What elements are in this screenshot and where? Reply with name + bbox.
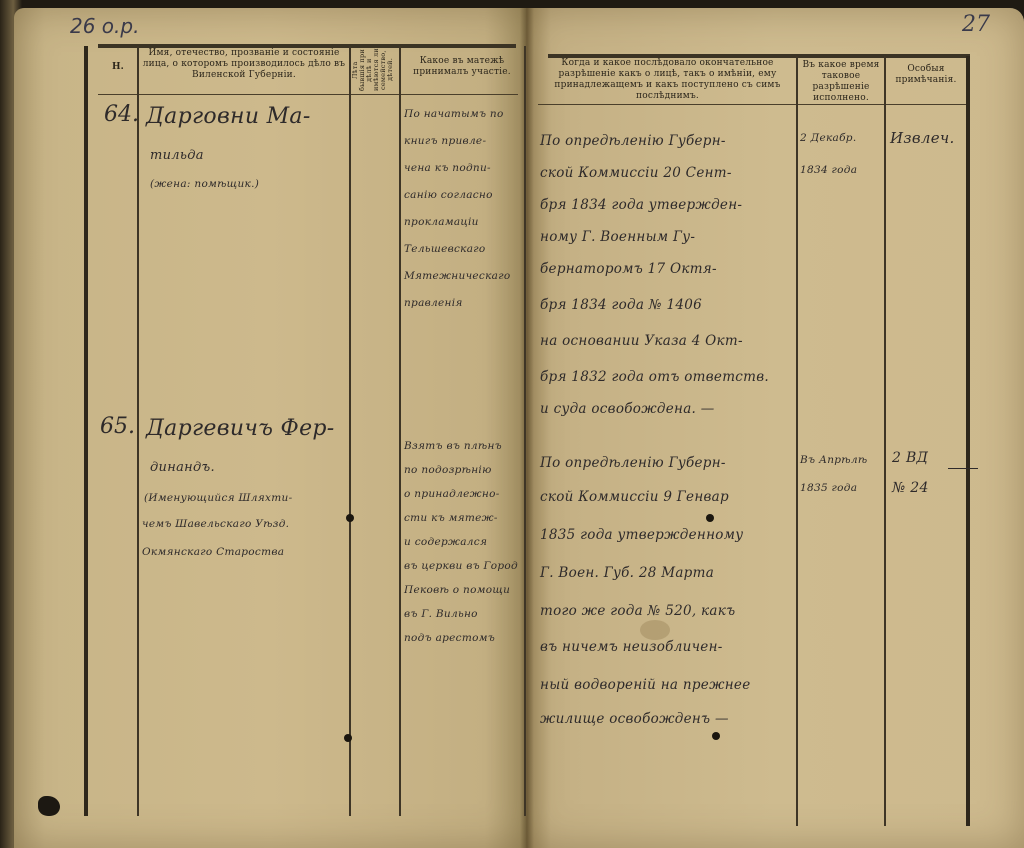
entry-role-line: книгъ привле-: [404, 127, 486, 156]
header-executed: Въ какое время таковое разрѣшенiе исполн…: [798, 60, 884, 104]
ink-blot: [38, 796, 60, 816]
entry-role-line: Тельшевскаго: [404, 235, 486, 264]
col-divider-resolution: [796, 56, 798, 826]
entry-resolution-line: бря 1832 года отъ ответств.: [540, 362, 769, 393]
entry-resolution-line: ный водворенiй на прежнее: [540, 670, 751, 701]
entry-number: 65.: [100, 414, 135, 439]
entry-role-line: Мятежническаго: [404, 262, 510, 291]
paper-stain: [640, 620, 670, 640]
entry-name-line: (жена: помѣщик.): [150, 170, 259, 199]
right-outer-border: [966, 56, 970, 826]
entry-executed-line: 1834 года: [800, 156, 857, 185]
entry-executed-line: 2 Декабр.: [800, 124, 856, 153]
entry-name-line: Даргевичъ Фер-: [146, 416, 335, 442]
entry-resolution-line: жилище освобожденъ —: [540, 704, 729, 735]
entry-name-line: Окмянскаго Староства: [142, 538, 284, 567]
header-notes: Особыя примѣчанiя.: [888, 64, 964, 86]
header-number: Н.: [100, 62, 136, 73]
entry-number: 64.: [104, 102, 139, 127]
entry-resolution-line: бря 1834 года утвержден-: [540, 190, 742, 221]
entry-resolution-line: ному Г. Военным Гу-: [540, 222, 695, 253]
entry-resolution-line: ской Коммиссiи 9 Генвар: [540, 482, 729, 513]
entry-resolution-line: По опредѣленiю Губерн-: [540, 448, 726, 479]
entry-name-line: (Именующийся Шляхти-: [144, 484, 292, 513]
entry-resolution-line: въ ничемъ неизобличен-: [540, 632, 723, 663]
entry-notes-line: 2 ВД: [892, 444, 928, 472]
binding-hole: [712, 732, 720, 740]
entry-resolution-line: Г. Воен. Губ. 28 Марта: [540, 558, 714, 589]
header-age: Лѣта бывшiя при дѣлѣ и имѣются ли семейс…: [352, 47, 396, 93]
entry-role-line: правленiя: [404, 289, 463, 318]
entry-notes-line: Извлеч.: [890, 124, 955, 152]
entry-resolution-line: бря 1834 года № 1406: [540, 290, 702, 321]
entry-resolution-line: того же года № 520, какъ: [540, 596, 735, 627]
entry-resolution-line: 1835 года утвержденному: [540, 520, 743, 551]
entry-resolution-line: на основании Указа 4 Окт-: [540, 326, 743, 357]
binding-hole: [706, 514, 714, 522]
entry-executed-line: Въ Апрѣлѣ: [800, 446, 867, 475]
col-divider-name: [349, 46, 351, 816]
entry-resolution-line: и суда освобождена. —: [540, 394, 715, 425]
right-header-rule: [538, 104, 970, 105]
entry-resolution-line: ской Коммиссiи 20 Сент-: [540, 158, 732, 189]
document-spread: 26 о.р. 27 Н. Имя, отечество, прозванiе …: [0, 0, 1024, 848]
page-gutter: [520, 8, 534, 848]
page-marker-left: 26 о.р.: [70, 14, 139, 38]
left-outer-border: [84, 46, 88, 816]
header-resolution: Когда и какое послѣдовало окончательное …: [540, 58, 795, 102]
entry-resolution-line: По опредѣленiю Губерн-: [540, 126, 726, 157]
entry-name-line: тильда: [150, 142, 204, 170]
entry-role-line: чена къ подпи-: [404, 154, 491, 183]
col-divider-executed: [884, 56, 886, 826]
entry-notes-line: № 24: [892, 474, 929, 502]
header-role: Какое въ матежѣ принималъ участiе.: [402, 56, 522, 78]
entry-role-line: По начатымъ по: [404, 100, 504, 129]
header-name: Имя, отечество, прозванiе и состоянiе ли…: [140, 48, 348, 81]
entry-role-line: санiю согласно: [404, 181, 493, 210]
entry-resolution-line: бернаторомъ 17 Октя-: [540, 254, 717, 285]
entry-executed-line: 1835 года: [800, 474, 857, 503]
notes-dash: [948, 468, 978, 469]
entry-name-line: чемъ Шавельскаго Уѣзд.: [142, 510, 289, 539]
entry-name-line: динандъ.: [150, 454, 215, 482]
col-divider-role: [524, 46, 526, 816]
col-divider-num: [137, 46, 139, 816]
binding-hole: [344, 734, 352, 742]
entry-name-line: Дарговни Ма-: [146, 104, 311, 130]
entry-role-line: подъ арестомъ: [404, 624, 495, 653]
entry-role-line: прокламацiи: [404, 208, 479, 237]
col-divider-age: [399, 46, 401, 816]
page-number-right: 27: [962, 12, 990, 37]
binding-hole: [346, 514, 354, 522]
left-header-rule: [98, 94, 518, 95]
